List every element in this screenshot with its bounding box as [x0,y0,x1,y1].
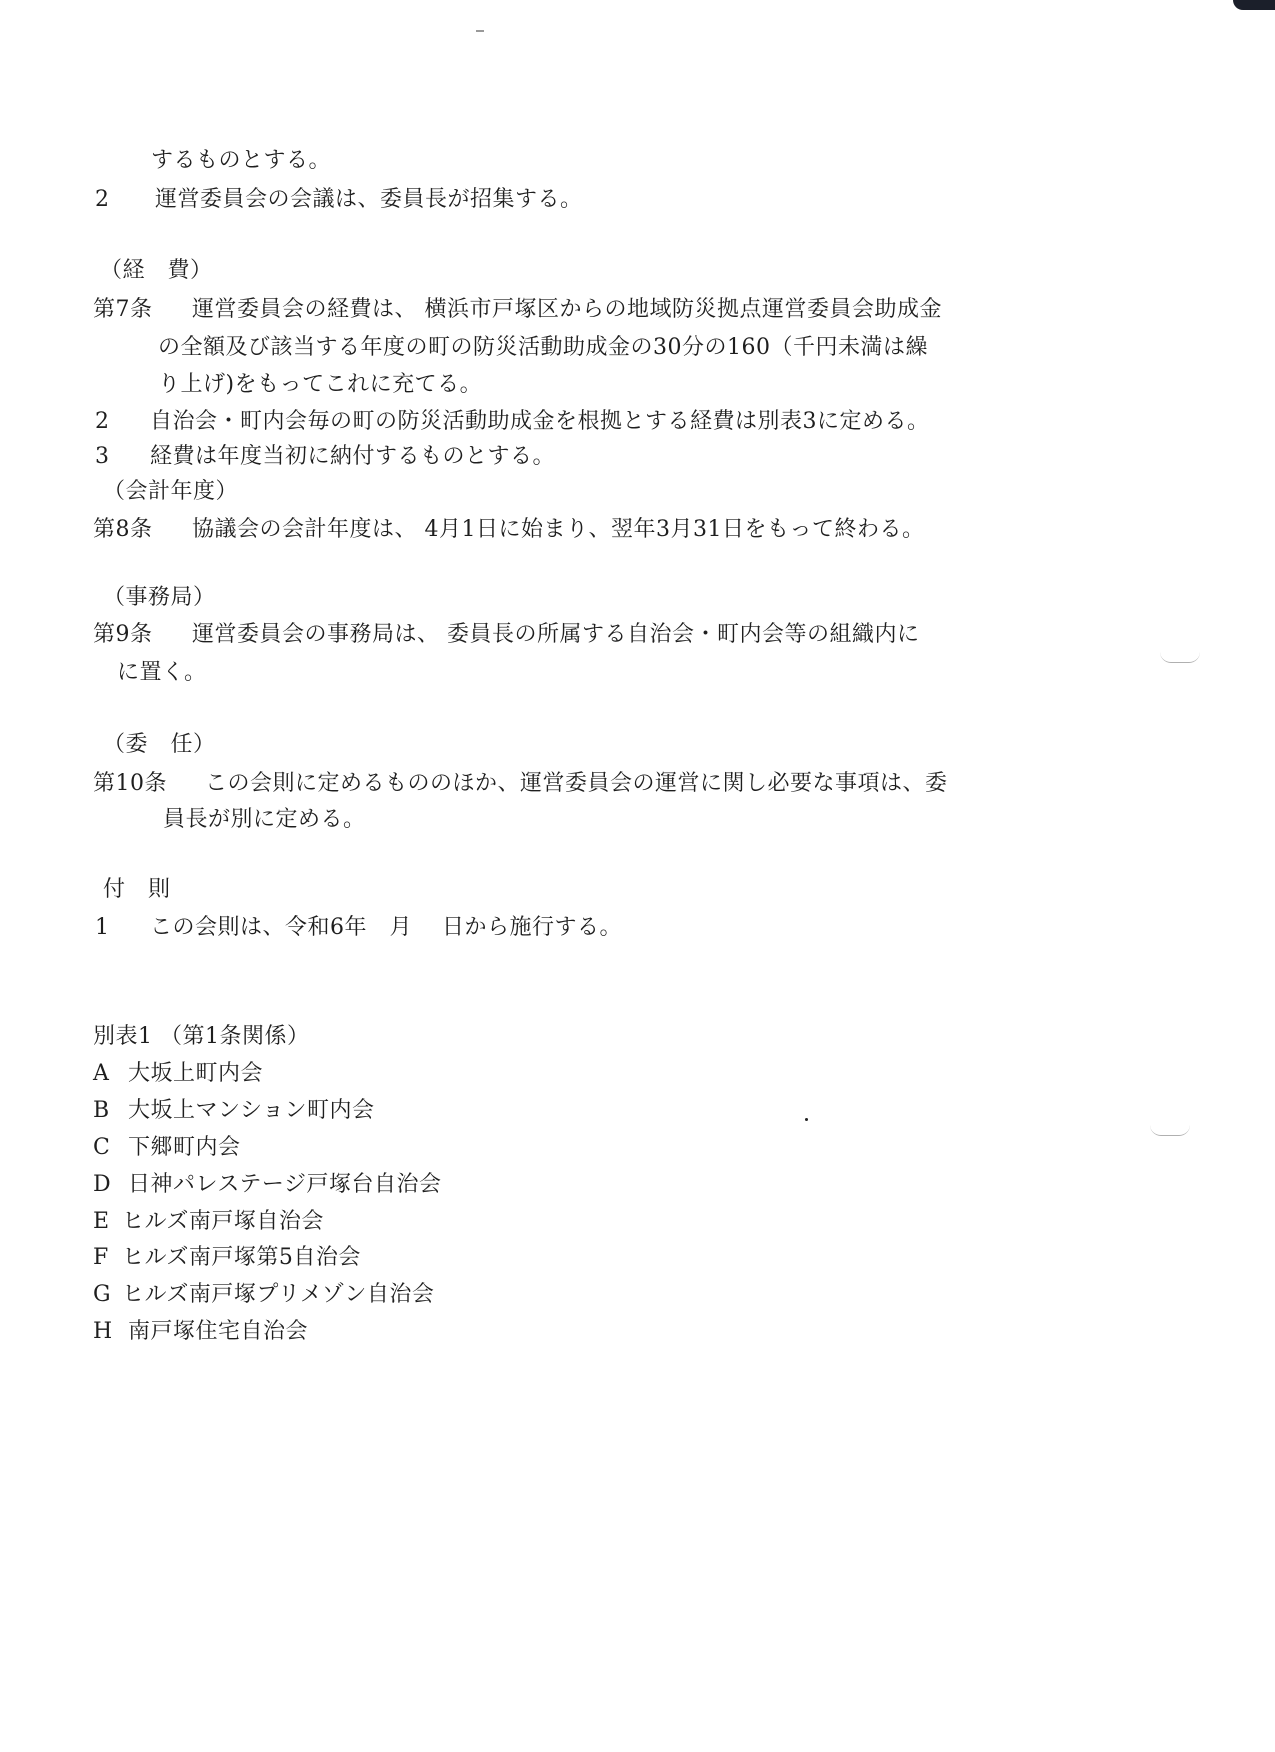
scan-corner-artifact [1233,0,1275,10]
appendix-item-name: 南戸塚住宅自治会 [128,1319,308,1345]
appendix-item-letter: B [93,1098,110,1124]
article-number: 第9条 [93,622,153,648]
text-line: り上げ)をもってこれに充てる。 [158,372,482,398]
appendix-item-name: 大坂上町内会 [128,1061,263,1087]
appendix-item-letter: A [93,1061,109,1087]
scan-mark-2 [1150,1125,1190,1136]
article-number: 第8条 [93,517,153,543]
text-line: 協議会の会計年度は、 4月1日に始まり、翌年3月31日をもって終わる。 [192,517,924,543]
scan-dot [805,1118,808,1121]
section-heading: 付 則 [103,877,171,903]
scan-tick-artifact [476,30,484,32]
scan-mark-1 [1160,652,1200,663]
section-heading: （会計年度） [103,479,238,505]
article-number: 第7条 [93,297,153,323]
text-line: この会則は、令和6年 月 日から施行する。 [150,915,622,941]
appendix-item-name: 日神パレステージ戸塚台自治会 [128,1172,441,1198]
appendix-item-letter: C [93,1135,110,1161]
appendix-item-letter: G [93,1282,111,1308]
clause-number: 1 [95,915,110,941]
text-line: 運営委員会の会議は、委員長が招集する。 [155,187,583,213]
section-heading: （事務局） [103,585,216,611]
text-line: 員長が別に定める。 [163,807,366,833]
clause-number: 2 [95,409,110,435]
clause-number: 3 [95,444,110,470]
text-line: 運営委員会の事務局は、 委員長の所属する自治会・町内会等の組織内に [192,622,920,648]
appendix-title: 別表1 （第1条関係） [93,1024,310,1050]
appendix-item-name: ヒルズ南戸塚プリメゾン自治会 [122,1282,434,1308]
article-number: 第10条 [93,771,167,797]
text-line: の全額及び該当する年度の町の防災活動助成金の30分の160（千円未満は繰 [158,335,928,361]
appendix-item-letter: D [93,1172,111,1198]
clause-number: 2 [95,187,110,213]
appendix-item-letter: E [93,1209,110,1235]
text-line: に置く。 [117,660,207,686]
appendix-item-name: ヒルズ南戸塚第5自治会 [122,1245,361,1271]
text-line: 経費は年度当初に納付するものとする。 [150,444,555,470]
text-line: 自治会・町内会毎の町の防災活動助成金を根拠とする経費は別表3に定める。 [150,409,930,435]
text-line: するものとする。 [151,148,331,174]
appendix-item-name: 大坂上マンション町内会 [128,1098,375,1124]
appendix-item-name: 下郷町内会 [128,1135,241,1161]
section-heading: （経 費） [100,258,213,284]
appendix-item-letter: F [93,1245,109,1271]
section-heading: （委 任） [103,732,216,758]
text-line: この会則に定めるもののほか、運営委員会の運営に関し必要な事項は、委 [205,771,948,797]
text-line: 運営委員会の経費は、 横浜市戸塚区からの地域防災拠点運営委員会助成金 [192,297,942,323]
appendix-item-name: ヒルズ南戸塚自治会 [122,1209,324,1235]
appendix-item-letter: H [93,1319,113,1345]
